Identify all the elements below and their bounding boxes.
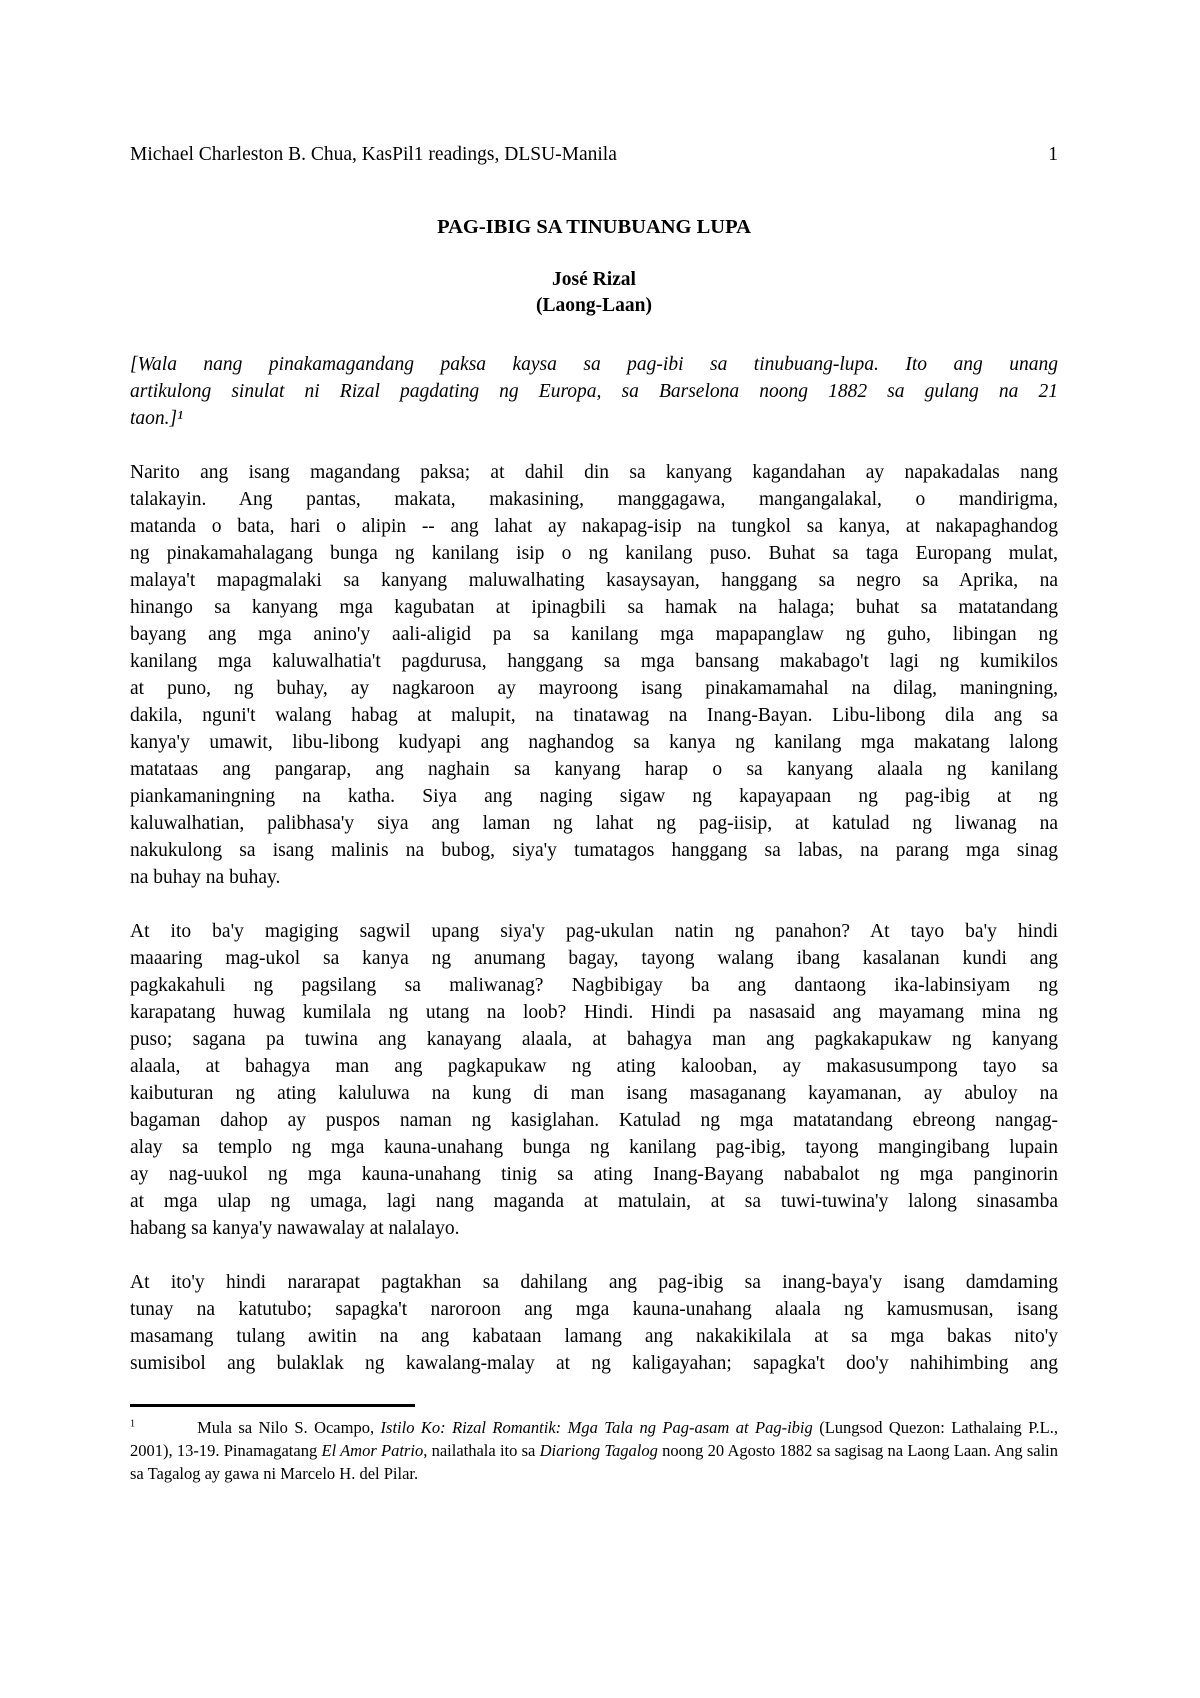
text-line: ay nag-uukol ng mga kauna-unahang tinig … [130,1161,1058,1188]
author-alias: (Laong-Laan) [130,293,1058,319]
author-name: José Rizal [130,267,1058,293]
text-line: malaya't mapagmalaki sa kanyang maluwalh… [130,567,1058,594]
footnote-separator-rule [130,1404,415,1407]
footnote-text: 1Mula sa Nilo S. Ocampo, Istilo Ko: Riza… [130,1416,1058,1485]
text-line: [Wala nang pinakamagandang paksa kaysa s… [130,351,1058,378]
body-paragraph-1: Narito ang isang magandang paksa; at dah… [130,459,1058,891]
text-line: taon.]¹ [130,405,1058,432]
text-line: matanda o bata, hari o alipin -- ang lah… [130,513,1058,540]
text-line: ng pinakamahalagang bunga ng kanilang is… [130,540,1058,567]
text-line: dakila, nguni't walang habag at malupit,… [130,702,1058,729]
text-line: bagaman dahop ay puspos naman ng kasigla… [130,1107,1058,1134]
text-line: kaibuturan ng ating kaluluwa na kung di … [130,1080,1058,1107]
author-block: José Rizal (Laong-Laan) [130,267,1058,319]
citation-text: , nailathala ito sa [423,1441,539,1460]
citation-text: Mula sa Nilo S. Ocampo, [197,1418,380,1437]
text-line: habang sa kanya'y nawawalay at nalalayo. [130,1215,1058,1242]
text-line: piankamaningning na katha. Siya ang nagi… [130,783,1058,810]
text-line: matataas ang pangarap, ang naghain sa ka… [130,756,1058,783]
text-line: artikulong sinulat ni Rizal pagdating ng… [130,378,1058,405]
text-line: maaaring mag-ukol sa kanya ng anumang ba… [130,945,1058,972]
text-line: at puno, ng buhay, ay nagkaroon ay mayro… [130,675,1058,702]
text-line: kaluwalhatian, palibhasa'y siya ang lama… [130,810,1058,837]
header-text: Michael Charleston B. Chua, KasPil1 read… [130,141,617,168]
text-line: puso; sagana pa tuwina ang kanayang alaa… [130,1026,1058,1053]
text-line: At ito'y hindi nararapat pagtakhan sa da… [130,1269,1058,1296]
page-content: Michael Charleston B. Chua, KasPil1 read… [130,141,1058,1485]
body-paragraph-3: At ito'y hindi nararapat pagtakhan sa da… [130,1269,1058,1377]
cited-title: El Amor Patrio [321,1441,423,1460]
cited-title: Diariong Tagalog [540,1441,658,1460]
text-line: alay sa templo ng mga kauna-unahang bung… [130,1134,1058,1161]
text-line: tunay na katutubo; sapagka't naroroon an… [130,1296,1058,1323]
text-line: hinango sa kanyang mga kagubatan at ipin… [130,594,1058,621]
text-line: pagkakahuli ng pagsilang sa maliwanag? N… [130,972,1058,999]
document-title: PAG-IBIG SA TINUBUANG LUPA [130,214,1058,241]
text-line: masamang tulang awitin na ang kabataan l… [130,1323,1058,1350]
intro-paragraph: [Wala nang pinakamagandang paksa kaysa s… [130,351,1058,432]
footnote-citation: Mula sa Nilo S. Ocampo, Istilo Ko: Rizal… [130,1418,1058,1483]
footnote-marker: 1 [130,1419,135,1430]
text-line: na buhay na buhay. [130,864,1058,891]
cited-title: Istilo Ko: Rizal Romantik: Mga Tala ng P… [381,1418,813,1437]
text-line: sumisibol ang bulaklak ng kawalang-malay… [130,1350,1058,1377]
document-page: Michael Charleston B. Chua, KasPil1 read… [0,0,1200,1698]
text-line: Narito ang isang magandang paksa; at dah… [130,459,1058,486]
text-line: alaala, at bahagya man ang pagkapukaw ng… [130,1053,1058,1080]
text-line: bayang ang mga anino'y aali-aligid pa sa… [130,621,1058,648]
footnote-area: 1Mula sa Nilo S. Ocampo, Istilo Ko: Riza… [130,1404,1058,1485]
text-line: at mga ulap ng umaga, lagi nang maganda … [130,1188,1058,1215]
text-line: kanilang mga kaluwalhatia't pagdurusa, h… [130,648,1058,675]
page-number: 1 [1048,141,1058,168]
body-paragraph-2: At ito ba'y magiging sagwil upang siya'y… [130,918,1058,1242]
text-line: kanya'y umawit, libu-libong kudyapi ang … [130,729,1058,756]
text-line: talakayin. Ang pantas, makata, makasinin… [130,486,1058,513]
text-line: karapatang huwag kumilala ng utang na lo… [130,999,1058,1026]
page-header: Michael Charleston B. Chua, KasPil1 read… [130,141,1058,168]
text-line: At ito ba'y magiging sagwil upang siya'y… [130,918,1058,945]
text-line: nakukulong sa isang malinis na bubog, si… [130,837,1058,864]
